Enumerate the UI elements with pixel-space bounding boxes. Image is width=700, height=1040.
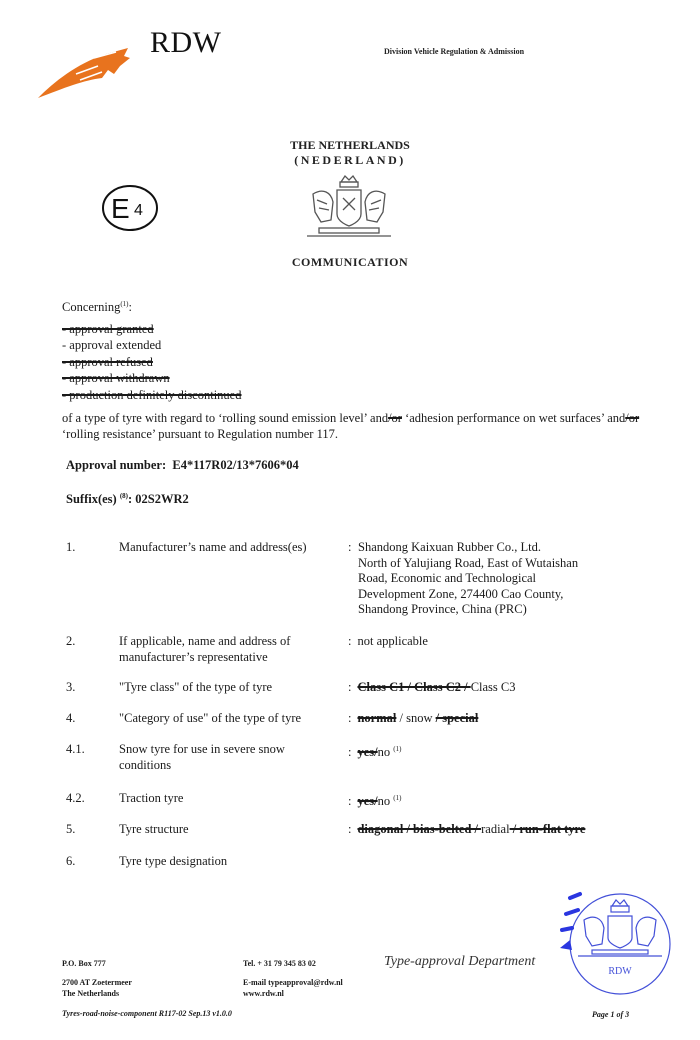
approval-number-value: E4*117R02/13*7606*04 xyxy=(172,458,298,472)
item-label: "Category of use" of the type of tyre xyxy=(119,711,339,727)
rdw-stamp-icon: RDW xyxy=(556,886,674,1002)
item-label: If applicable, name and address of manuf… xyxy=(119,634,339,665)
email-link[interactable]: E-mail typeapproval@rdw.nl xyxy=(243,977,343,989)
value-line: Road, Economic and Technological xyxy=(358,571,578,587)
concerning-option: - production definitely discontinued xyxy=(62,387,241,403)
struck-option: yes/ xyxy=(357,745,377,759)
item-value: :Class C1 / Class C2 / Class C3 xyxy=(348,680,638,696)
item-number: 1. xyxy=(66,540,106,556)
struck-option: / run-flat tyre xyxy=(510,822,586,836)
country-name-local: (NEDERLAND) xyxy=(0,153,700,168)
suffix-label: Suffix(es) xyxy=(66,492,117,506)
website-link[interactable]: www.rdw.nl xyxy=(243,988,343,1000)
item-label: Traction tyre xyxy=(119,791,339,807)
struck-option: Class C1 / Class C2 / xyxy=(357,680,470,694)
footnote-ref: (1) xyxy=(120,300,128,308)
concerning-label: Concerning(1): xyxy=(62,300,132,315)
value-line: Development Zone, 274400 Cao County, xyxy=(358,587,578,603)
regard-struck-or-1: /or xyxy=(388,411,402,425)
concerning-option: - approval extended xyxy=(62,337,241,353)
footnote-ref: (1) xyxy=(393,745,401,753)
rdw-feather-logo-icon xyxy=(36,44,132,100)
regard-text-3: ‘rolling resistance’ pursuant to Regulat… xyxy=(62,427,338,441)
regard-text-2: ‘adhesion performance on wet surfaces’ a… xyxy=(402,411,625,425)
selected-option: Class C3 xyxy=(471,680,516,694)
struck-option: / special xyxy=(436,711,479,725)
suffix: Suffix(es) (8): 02S2WR2 xyxy=(66,492,189,507)
item-label: "Tyre class" of the type of tyre xyxy=(119,680,339,696)
item-number: 2. xyxy=(66,634,106,650)
item-number: 4. xyxy=(66,711,106,727)
approval-number-label: Approval number: xyxy=(66,458,166,472)
concerning-option: - approval refused xyxy=(62,354,241,370)
regard-text-1: of a type of tyre with regard to ‘rollin… xyxy=(62,411,388,425)
selected-option: no xyxy=(378,745,391,759)
value-line: Shandong Kaixuan Rubber Co., Ltd. xyxy=(358,540,578,556)
item-value: :yes/no (1) xyxy=(348,742,638,761)
country-name: THE NETHERLANDS xyxy=(0,138,700,153)
suffix-value: : 02S2WR2 xyxy=(128,492,189,506)
item-number: 3. xyxy=(66,680,106,696)
country-heading: THE NETHERLANDS (NEDERLAND) xyxy=(0,138,700,168)
document-reference: Tyres-road-noise-component R117-02 Sep.1… xyxy=(62,1009,232,1018)
page-number: Page 1 of 3 xyxy=(592,1010,629,1019)
item-number: 6. xyxy=(66,854,106,870)
value-text: not applicable xyxy=(357,634,427,648)
e4-letter: E xyxy=(111,193,130,224)
division-name: Division Vehicle Regulation & Admission xyxy=(384,47,524,56)
item-value: :Shandong Kaixuan Rubber Co., Ltd.North … xyxy=(348,540,638,556)
regard-struck-or-2: /or xyxy=(625,411,639,425)
concerning-option: - approval granted xyxy=(62,321,241,337)
footnote-ref: (8) xyxy=(120,492,128,500)
struck-option: yes/ xyxy=(357,794,377,808)
value-line: Shandong Province, China (PRC) xyxy=(358,602,578,618)
item-value: :not applicable xyxy=(348,634,638,650)
struck-option: diagonal / bias-belted / xyxy=(357,822,481,836)
address-line: 2700 AT Zoetermeer xyxy=(62,977,132,989)
approval-number: Approval number: E4*117R02/13*7606*04 xyxy=(66,458,299,473)
brand-name: RDW xyxy=(150,26,222,60)
regard-paragraph: of a type of tyre with regard to ‘rollin… xyxy=(62,410,642,442)
address-line: The Netherlands xyxy=(62,988,132,1000)
document-title: COMMUNICATION xyxy=(0,255,700,270)
e4-number: 4 xyxy=(134,202,143,219)
phone-number: Tel. + 31 79 345 83 02 xyxy=(243,958,343,970)
footer-address: P.O. Box 777 2700 AT Zoetermeer The Neth… xyxy=(62,958,132,1000)
selected-option: / snow xyxy=(396,711,435,725)
e4-approval-mark-icon: E 4 xyxy=(101,184,159,232)
selected-option: no xyxy=(378,794,391,808)
item-label: Tyre type designation xyxy=(119,854,339,870)
item-number: 5. xyxy=(66,822,106,838)
stamp-text: RDW xyxy=(608,966,632,977)
department-signature: Type-approval Department xyxy=(384,954,535,970)
struck-option: normal xyxy=(357,711,396,725)
coat-of-arms-icon xyxy=(303,174,395,246)
item-number: 4.1. xyxy=(66,742,106,758)
footnote-ref: (1) xyxy=(393,794,401,802)
concerning-option: - approval withdrawn xyxy=(62,370,241,386)
footer-contact: Tel. + 31 79 345 83 02 E-mail typeapprov… xyxy=(243,958,343,1000)
item-value: :yes/no (1) xyxy=(348,791,638,810)
address-line: P.O. Box 777 xyxy=(62,958,132,970)
item-label: Snow tyre for use in severe snow conditi… xyxy=(119,742,339,773)
concerning-options: - approval granted- approval extended- a… xyxy=(62,321,241,403)
item-number: 4.2. xyxy=(66,791,106,807)
item-value: :diagonal / bias-belted / radial / run-f… xyxy=(348,822,638,838)
value-line: North of Yalujiang Road, East of Wutaish… xyxy=(358,556,578,572)
item-label: Manufacturer’s name and address(es) xyxy=(119,540,339,556)
item-label: Tyre structure xyxy=(119,822,339,838)
concerning-text: Concerning xyxy=(62,300,120,314)
item-value: :normal / snow / special xyxy=(348,711,638,727)
selected-option: radial xyxy=(481,822,509,836)
